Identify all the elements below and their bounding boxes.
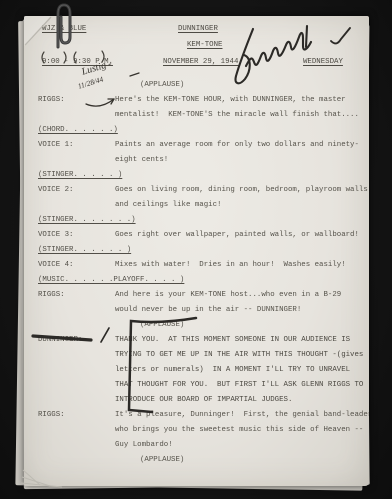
script-line: RIGGS:It's a pleasure, Dunninger! First,… — [24, 411, 369, 421]
dialogue-text: letters or numerals) IN A MOMENT I'LL TR… — [115, 366, 350, 375]
cue-text: (STINGER. . . . . . .) — [38, 216, 136, 225]
script-line: (APPLAUSE) — [24, 456, 369, 466]
script-line: (STINGER. . . . . ) — [24, 171, 369, 181]
speaker-label: VOICE 1: — [38, 141, 73, 150]
station-id: WJZ & BLUE — [42, 25, 86, 34]
script-line: (MUSIC. . . . . .PLAYOFF. . . . ) — [24, 276, 369, 286]
script-page: WJZ & BLUE DUNNINGER KEM-TONE 9:00 - 9:3… — [24, 16, 369, 486]
script-line: who brings you the sweetest music this s… — [24, 426, 369, 436]
broadcast-date: NOVEMBER 29, 1944 — [163, 58, 238, 67]
cue-text: (STINGER. . . . . . ) — [38, 246, 131, 255]
dialogue-text: Goes on living room, dining room, bedroo… — [115, 186, 368, 195]
script-line: Guy Lombardo! — [24, 441, 369, 451]
script-line: mentalist! KEM-TONE'S the miracle wall f… — [24, 111, 369, 121]
speaker-label: RIGGS: — [38, 411, 65, 420]
applause-text: (APPLAUSE) — [140, 321, 184, 330]
dialogue-text: INTRODUCE OUR BOARD OF IMPARTIAL JUDGES. — [115, 396, 292, 405]
script-line: and ceilings like magic! — [24, 201, 369, 211]
script-line: (CHORD. . . . . .) — [24, 126, 369, 136]
show-title: DUNNINGER — [178, 25, 218, 34]
broadcast-day: WEDNESDAY — [303, 58, 343, 67]
cue-text: (MUSIC. . . . . .PLAYOFF. . . . ) — [38, 276, 184, 285]
dialogue-text: and ceilings like magic! — [115, 201, 221, 210]
script-line: would never be up in the air -- DUNNINGE… — [24, 306, 369, 316]
dialogue-text: Goes right over wallpaper, painted walls… — [115, 231, 359, 240]
dialogue-text: TRYING TO GET ME UP IN THE AIR WITH THIS… — [115, 351, 363, 360]
applause-text: (APPLAUSE) — [140, 456, 184, 465]
dialogue-text: mentalist! KEM-TONE'S the miracle wall f… — [115, 111, 359, 120]
script-line: VOICE 4:Mixes with water! Dries in an ho… — [24, 261, 369, 271]
speaker-label: VOICE 3: — [38, 231, 73, 240]
applause-text: (APPLAUSE) — [140, 81, 184, 90]
cue-text: (CHORD. . . . . .) — [38, 126, 118, 135]
dialogue-text: who brings you the sweetest music this s… — [115, 426, 363, 435]
script-line: TRYING TO GET ME UP IN THE AIR WITH THIS… — [24, 351, 369, 361]
dialogue-text: And here is your KEM-TONE host...who eve… — [115, 291, 341, 300]
speaker-label: VOICE 4: — [38, 261, 73, 270]
script-line: RIGGS:And here is your KEM-TONE host...w… — [24, 291, 369, 301]
dialogue-text: It's a pleasure, Dunninger! First, the g… — [115, 411, 369, 420]
photo-background: WJZ & BLUE DUNNINGER KEM-TONE 9:00 - 9:3… — [0, 0, 392, 499]
script-line: (APPLAUSE) — [24, 321, 369, 331]
dialogue-text: would never be up in the air -- DUNNINGE… — [115, 306, 301, 315]
dialogue-text: THAT THOUGHT FOR YOU. BUT FIRST I'LL ASK… — [115, 381, 363, 390]
script-line: eight cents! — [24, 156, 369, 166]
dialogue-text: eight cents! — [115, 156, 168, 165]
dialogue-text: THANK YOU. AT THIS MOMENT SOMEONE IN OUR… — [115, 336, 350, 345]
cue-text: (STINGER. . . . . ) — [38, 171, 122, 180]
speaker-label: DUNNINGER: — [38, 336, 82, 345]
script-line: (STINGER. . . . . . .) — [24, 216, 369, 226]
script-line: DUNNINGER:THANK YOU. AT THIS MOMENT SOME… — [24, 336, 369, 346]
script-line: (APPLAUSE) — [24, 81, 369, 91]
dialogue-text: Mixes with water! Dries in an hour! Wash… — [115, 261, 346, 270]
script-line: RIGGS:Here's the KEM-TONE HOUR, with DUN… — [24, 96, 369, 106]
speaker-label: RIGGS: — [38, 96, 65, 105]
speaker-label: RIGGS: — [38, 291, 65, 300]
script-line: VOICE 3:Goes right over wallpaper, paint… — [24, 231, 369, 241]
script-line: letters or numerals) IN A MOMENT I'LL TR… — [24, 366, 369, 376]
speaker-label: VOICE 2: — [38, 186, 73, 195]
script-line: VOICE 1:Paints an average room for only … — [24, 141, 369, 151]
sponsor-title: KEM-TONE — [187, 41, 222, 50]
script-line: (STINGER. . . . . . ) — [24, 246, 369, 256]
dialogue-text: Here's the KEM-TONE HOUR, with DUNNINGER… — [115, 96, 346, 105]
script-line: VOICE 2:Goes on living room, dining room… — [24, 186, 369, 196]
script-line: THAT THOUGHT FOR YOU. BUT FIRST I'LL ASK… — [24, 381, 369, 391]
dialogue-text: Guy Lombardo! — [115, 441, 173, 450]
dialogue-text: Paints an average room for only two doll… — [115, 141, 359, 150]
script-line: INTRODUCE OUR BOARD OF IMPARTIAL JUDGES. — [24, 396, 369, 406]
